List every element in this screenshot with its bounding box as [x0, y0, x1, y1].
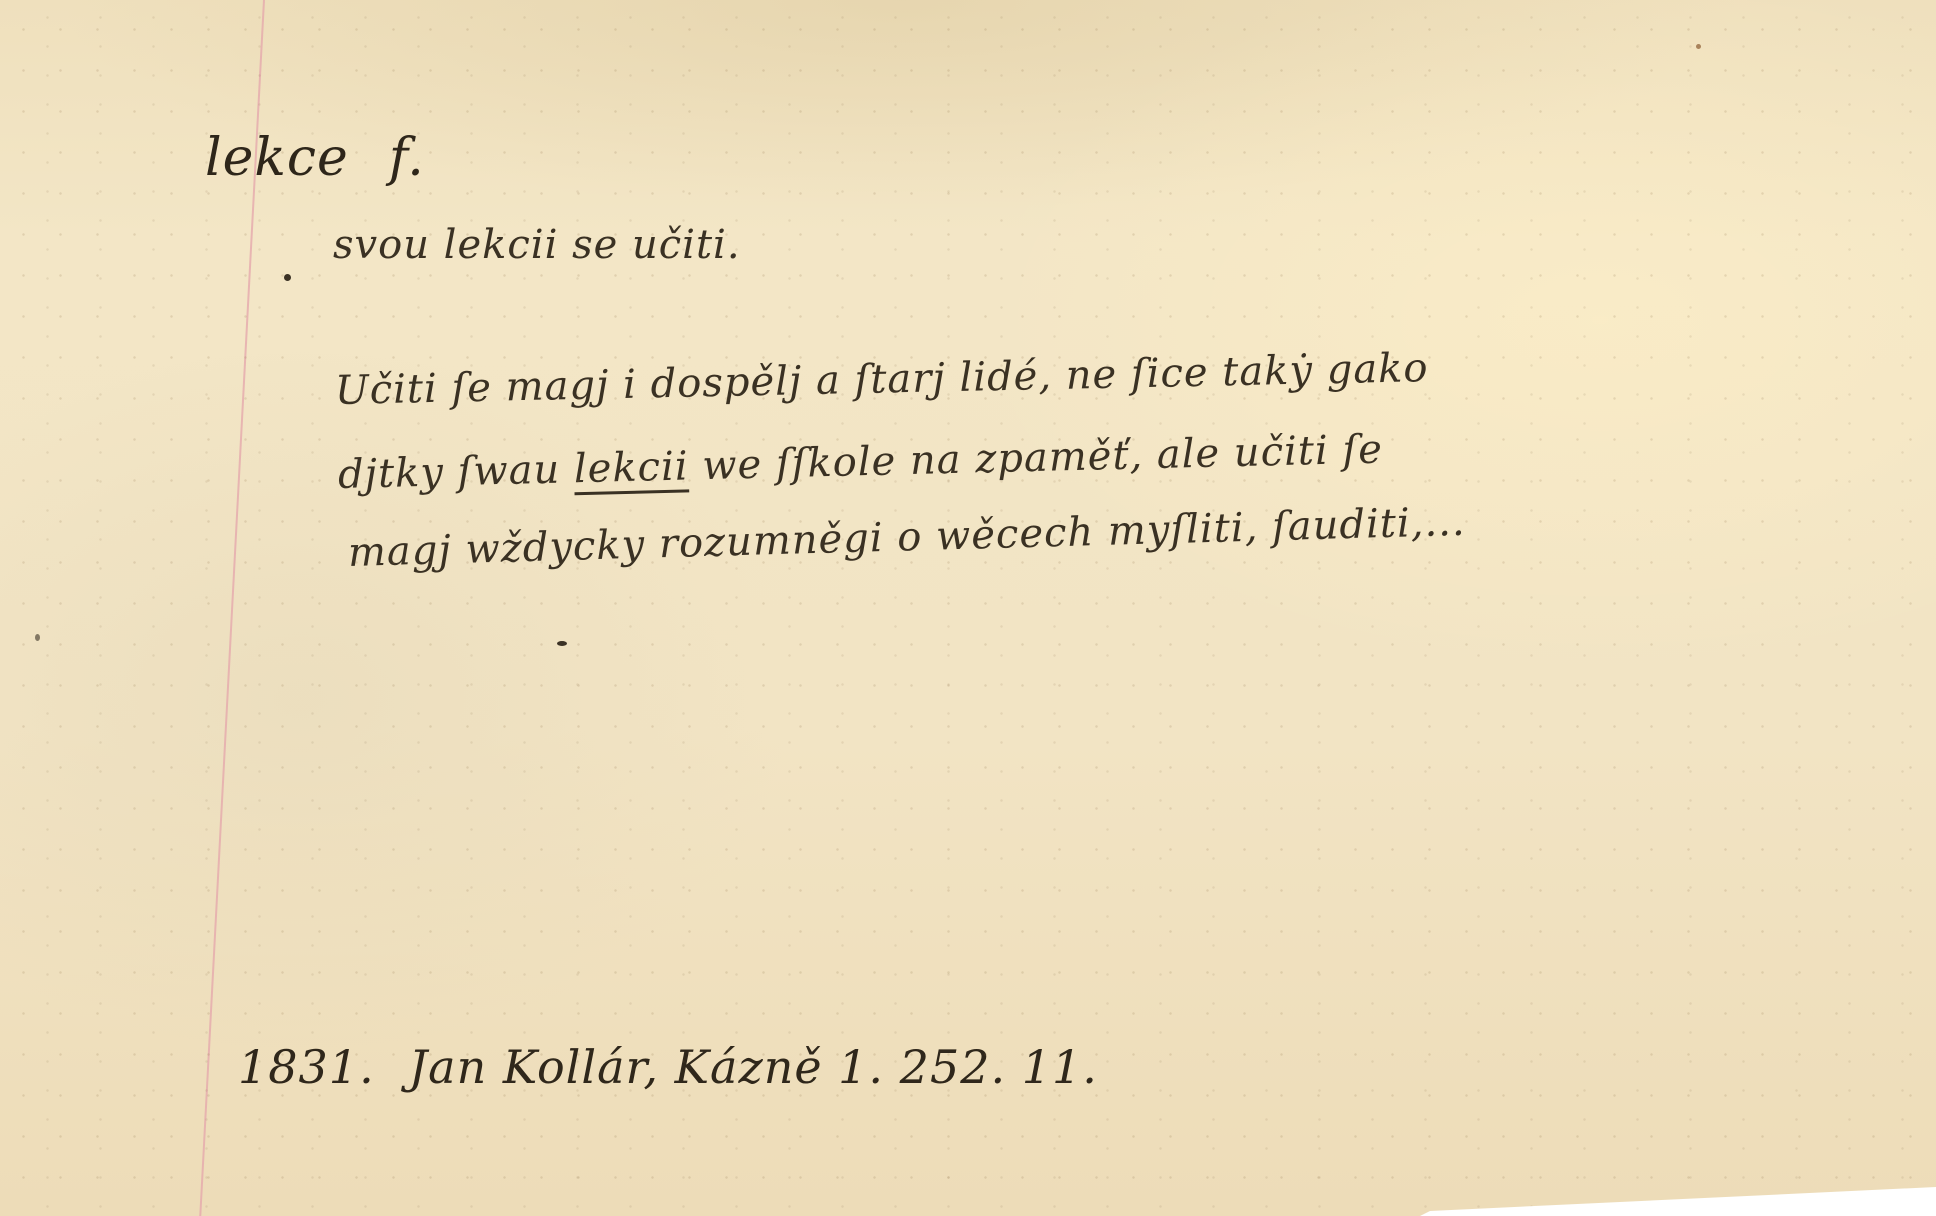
- quotation-line-2: djtky ſwau lekcii we ſſkole na zpaměť, a…: [337, 426, 1383, 498]
- ink-speck: [284, 274, 291, 281]
- grammar-label: f.: [389, 128, 425, 188]
- dictionary-slip: lekcef. svou lekcii se učiti. Učiti ſe m…: [0, 0, 1936, 1216]
- quotation-line-3: magj wždycky rozumněgi o wěcech myſliti,…: [347, 499, 1466, 576]
- example-phrase: svou lekcii se učiti.: [333, 222, 741, 268]
- ink-speck: [1696, 44, 1701, 49]
- citation-year: 1831.: [238, 1040, 375, 1094]
- headword: lekce: [205, 128, 349, 188]
- quotation-line-1: Učiti ſe magj i dospělj a ſtarj lidé, ne…: [335, 345, 1429, 414]
- underlined-headword-occurrence: lekcii: [573, 443, 689, 492]
- citation: 1831.Jan Kollár, Kázně 1. 252. 11.: [238, 1040, 1098, 1094]
- headword-line: lekcef.: [205, 128, 425, 188]
- ink-speck: [35, 634, 40, 641]
- citation-source: Jan Kollár, Kázně 1. 252. 11.: [409, 1040, 1098, 1094]
- ink-speck: [557, 641, 567, 646]
